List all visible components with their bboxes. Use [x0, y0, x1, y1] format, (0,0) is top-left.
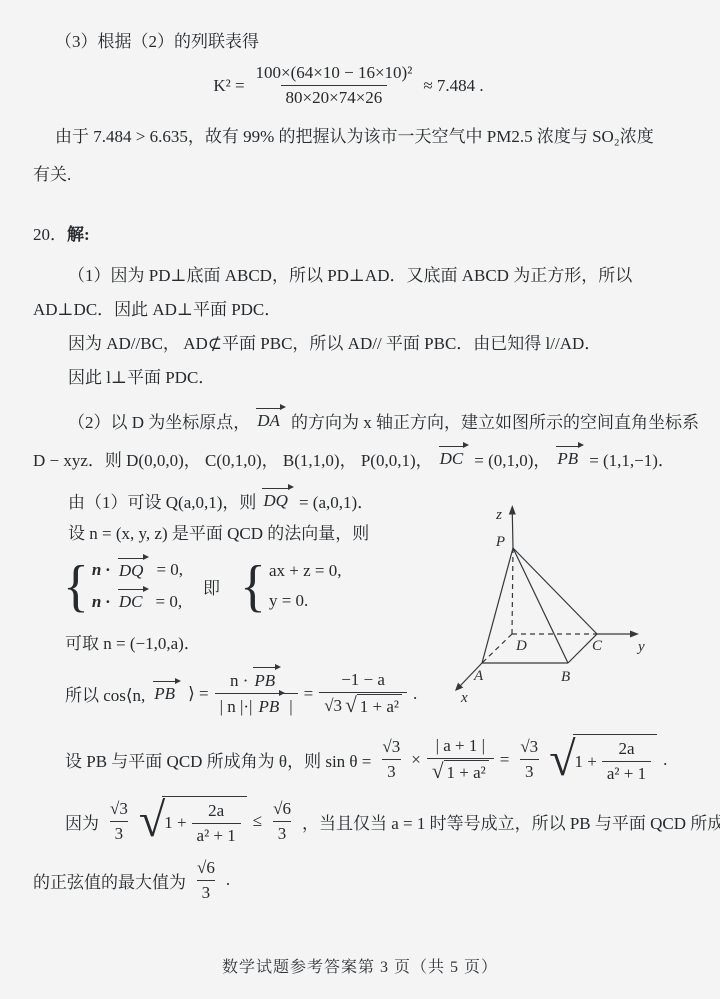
max-value-line: 的正弦值的最大值为 √6 3 . — [33, 857, 684, 904]
system-left-rows: n · DQ = 0, n · DC = 0, — [92, 560, 183, 613]
q20-part2-line2: D − xyz．则 D(0,0,0)， C(0,1,0)， B(1,1,0)， … — [33, 441, 684, 475]
sqrt3: √3 — [515, 736, 543, 759]
k2-denominator: 80×20×74×26 — [281, 85, 388, 109]
cos-lhs: 所以 cos⟨n, — [65, 681, 145, 706]
label-point-P: P — [495, 534, 505, 550]
label-y-axis: y — [636, 639, 645, 655]
fraction-2a-over-a2-plus-1: 2a a² + 1 — [192, 800, 241, 847]
k2-lhs: K² = — [213, 76, 244, 96]
radicand: 1 + a² — [444, 760, 489, 784]
sin-equation: 设 PB 与平面 QCD 所成角为 θ，则 sin θ = √3 3 × | a… — [65, 734, 684, 785]
abs-n: | n |·| — [220, 696, 253, 718]
page-content: （3）根据（2）的列联表得 K² = 100×(64×10 − 16×10)² … — [0, 0, 720, 904]
part3-intro: （3）根据（2）的列联表得 — [33, 30, 684, 54]
cos-frac1-numerator: n · PB — [225, 669, 287, 693]
system-row-1: n · DQ = 0, — [92, 560, 183, 581]
scanned-answer-page: （3）根据（2）的列联表得 K² = 100×(64×10 − 16×10)² … — [0, 0, 720, 999]
radical-sign: √ — [432, 760, 444, 782]
fraction-sqrt3-over-3: √3 3 — [377, 736, 405, 783]
sqrt3: √3 — [105, 798, 133, 821]
sqrt-1-plus-a2: √ 1 + a² — [432, 760, 489, 784]
because-tail: ，当且仅当 a = 1 时等号成立，所以 PB 与平面 QCD 所成角 — [302, 809, 720, 834]
fraction-sqrt3-over-3: √3 3 — [515, 736, 543, 783]
q20-part1-line4: 因此 l⊥平面 PDC． — [33, 361, 684, 395]
equals-sign: = — [304, 684, 314, 704]
label-point-D: D — [515, 638, 527, 654]
system-row2-rhs: = 0, — [156, 592, 183, 612]
max-value-text: 的正弦值的最大值为 — [33, 868, 186, 893]
vector-DA: DA — [256, 410, 284, 431]
three: 3 — [520, 759, 539, 783]
vector-DC: DC — [439, 448, 468, 469]
label-x-axis: x — [460, 690, 468, 706]
two-a: 2a — [613, 738, 639, 761]
k2-result: ≈ 7.484 . — [423, 76, 483, 96]
q20-part1-line2: AD⊥DC．因此 AD⊥平面 PDC． — [33, 293, 684, 327]
label-point-A: A — [473, 668, 484, 684]
cos-lhs2: ⟩ = — [188, 684, 208, 704]
big-radicand: 1 + 2a a² + 1 — [573, 734, 658, 785]
z-axis-arrowhead — [509, 505, 516, 515]
radical-sign: √ — [345, 694, 357, 716]
a2-plus-1: a² + 1 — [192, 823, 241, 847]
cos-fraction-2: −1 − a √3 √ 1 + a² — [319, 669, 407, 718]
big-radical: √ 1 + 2a a² + 1 — [139, 796, 247, 847]
k2-numerator: 100×(64×10 − 16×10)² — [251, 62, 418, 85]
system-left: { n · DQ = 0, n · DC = 0, — [63, 559, 183, 613]
because-word: 因为 — [65, 809, 99, 834]
part2-line2-text2: = (0,1,0)， — [474, 446, 550, 471]
vector-PB: PB — [253, 669, 279, 692]
vector-PB: PB — [556, 448, 582, 469]
big-radical: √ 1 + 2a a² + 1 — [549, 734, 657, 785]
left-brace: { — [63, 558, 89, 615]
label-point-C: C — [592, 638, 603, 654]
edge-PD-dashed — [512, 548, 513, 634]
part3-conclusion-line1: 由于 7.484 > 6.635，故有 99% 的把握认为该市一天空气中 PM2… — [33, 125, 684, 149]
cos-frac2-denominator: √3 √ 1 + a² — [319, 692, 407, 718]
sqrt6: √6 — [192, 857, 220, 880]
normal-vector-n: n · — [92, 592, 110, 612]
leq-sign: ≤ — [253, 811, 262, 831]
n-dot: n · — [230, 670, 248, 692]
label-point-B: B — [561, 669, 570, 685]
system-right: { ax + z = 0, y = 0. — [240, 559, 341, 613]
coordinate-diagram: z P D C y A B x — [448, 497, 653, 715]
a2-plus-1: a² + 1 — [602, 761, 651, 785]
z-axis — [512, 513, 513, 548]
abs-a-plus-1: | a + 1 | — [431, 735, 490, 758]
fraction-sqrt3-over-3: √3 3 — [105, 798, 133, 845]
part2-line1-text2: 的方向为 x 轴正方向，建立如图所示的空间直角坐标系 — [291, 408, 699, 433]
fraction-sqrt6-over-3: √6 3 — [268, 798, 296, 845]
q20-part1-line1: （1）因为 PD⊥底面 ABCD，所以 PD⊥AD．又底面 ABCD 为正方形，… — [33, 259, 684, 293]
q20-heading-number: 20． — [33, 225, 67, 244]
vector-DC: DC — [118, 591, 147, 612]
q20-part2-line1: （2）以 D 为坐标原点， DA 的方向为 x 轴正方向，建立如图所示的空间直角… — [68, 403, 684, 437]
q20-part1-line3: 因为 AD//BC， AD⊄平面 PBC，所以 AD// 平面 PBC．由已知得… — [33, 327, 684, 361]
system-connector: 即 — [203, 574, 220, 599]
system-row-2: n · DC = 0, — [92, 591, 183, 612]
cos-fraction-1: n · PB | n |·| PB | — [215, 669, 298, 718]
k2-fraction: 100×(64×10 − 16×10)² 80×20×74×26 — [251, 62, 418, 109]
cos-frac2-numerator: −1 − a — [336, 669, 390, 692]
three: 3 — [273, 821, 292, 845]
fraction-abs-a-plus-1: | a + 1 | √ 1 + a² — [427, 735, 494, 784]
page-footer: 数学试题参考答案第 3 页（共 5 页） — [0, 954, 720, 977]
y-axis-arrowhead — [630, 631, 639, 638]
edge-PC — [513, 548, 597, 634]
part2-line2-text: D − xyz．则 D(0,0,0)， C(0,1,0)， B(1,1,0)， … — [33, 446, 433, 471]
k2-formula: K² = 100×(64×10 − 16×10)² 80×20×74×26 ≈ … — [33, 62, 664, 109]
normal-vector-n: n · — [92, 560, 110, 580]
part2-line1-text: （2）以 D 为坐标原点， — [68, 408, 250, 433]
two-a: 2a — [203, 800, 229, 823]
times-sign: × — [411, 750, 421, 770]
vector-DQ: DQ — [262, 490, 292, 511]
sqrt3-coefficient: √3 — [324, 695, 342, 717]
system-row-3: ax + z = 0, — [269, 561, 342, 581]
equals-sign: = — [500, 750, 510, 770]
because-inequality: 因为 √3 3 √ 1 + 2a a² + 1 ≤ √6 3 ， — [65, 796, 684, 847]
sqrt3: √3 — [377, 736, 405, 759]
period: . — [663, 750, 667, 770]
radicand: 1 + a² — [357, 694, 402, 718]
system-row-4: y = 0. — [269, 591, 342, 611]
fraction-sqrt6-over-3: √6 3 — [192, 857, 220, 904]
radicand-lead: 1 + — [164, 813, 186, 833]
system-row1-rhs: = 0, — [156, 560, 183, 580]
part3-conclusion-line2: 有关. — [33, 163, 684, 187]
sin-lhs: 设 PB 与平面 QCD 所成角为 θ，则 sin θ = — [65, 747, 371, 772]
sqrt-1-plus-a2: √ 1 + a² — [345, 694, 402, 718]
fraction-2a-over-a2-plus-1: 2a a² + 1 — [602, 738, 651, 785]
big-radicand: 1 + 2a a² + 1 — [162, 796, 247, 847]
vector-PB: PB — [153, 683, 179, 704]
part2-line2-text3: = (1,1,−1)． — [589, 446, 675, 471]
radicand-lead: 1 + — [575, 752, 597, 772]
three: 3 — [382, 759, 401, 783]
three: 3 — [197, 880, 216, 904]
vector-DQ: DQ — [118, 560, 148, 581]
sqrt6: √6 — [268, 798, 296, 821]
q20-heading: 20．解: — [33, 223, 684, 247]
abs-close: | — [289, 696, 292, 718]
vector-PB: PB — [257, 695, 283, 718]
system-right-rows: ax + z = 0, y = 0. — [269, 561, 342, 612]
q20-heading-word: 解: — [67, 225, 90, 244]
left-brace: { — [240, 558, 266, 615]
label-z-axis: z — [495, 507, 502, 523]
cos-frac1-denominator: | n |·| PB | — [215, 693, 298, 718]
three: 3 — [110, 821, 129, 845]
period: . — [413, 684, 417, 704]
part2-line3-text2: = (a,0,1)． — [299, 488, 374, 513]
edge-PA — [482, 548, 513, 663]
period: . — [226, 870, 230, 890]
part2-line3-text: 由（1）可设 Q(a,0,1)，则 — [68, 488, 256, 513]
sqrt-denominator: √ 1 + a² — [427, 758, 494, 784]
